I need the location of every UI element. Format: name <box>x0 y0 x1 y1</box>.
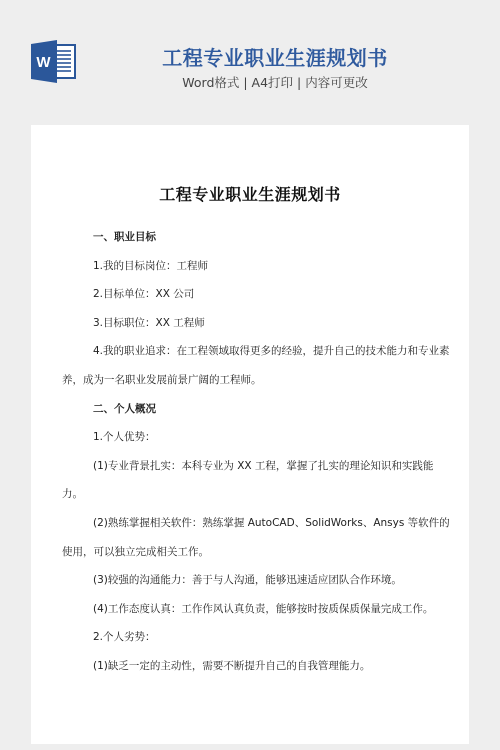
page-header: W 工程专业职业生涯规划书 Word格式 | A4打印 | 内容可更改 <box>0 0 500 125</box>
document-page: 工程专业职业生涯规划书 一、职业目标 1.我的目标岗位：工程师 2.目标单位：X… <box>31 125 469 744</box>
paragraph: (2)熟练掌握相关软件：熟练掌握 AutoCAD、SolidWorks、Ansy… <box>62 509 450 566</box>
paragraph: 1.我的目标岗位：工程师 <box>62 252 450 281</box>
paragraph: 4.我的职业追求：在工程领域取得更多的经验，提升自己的技术能力和专业素养，成为一… <box>62 337 450 394</box>
header-subtitle: Word格式 | A4打印 | 内容可更改 <box>160 74 390 92</box>
section-heading: 一、职业目标 <box>62 223 450 252</box>
svg-text:W: W <box>36 54 51 71</box>
section-heading: 二、个人概况 <box>62 395 450 424</box>
document-title: 工程专业职业生涯规划书 <box>31 182 469 205</box>
paragraph: (1)缺乏一定的主动性，需要不断提升自己的自我管理能力。 <box>62 652 450 681</box>
paragraph: 2.个人劣势： <box>62 623 450 652</box>
paragraph: (1)专业背景扎实：本科专业为 XX 工程，掌握了扎实的理论知识和实践能力。 <box>62 452 450 509</box>
word-document-icon: W <box>31 40 77 83</box>
paragraph: 1.个人优势： <box>62 423 450 452</box>
paragraph: (3)较强的沟通能力：善于与人沟通，能够迅速适应团队合作环境。 <box>62 566 450 595</box>
paragraph: 2.目标单位：XX 公司 <box>62 280 450 309</box>
paragraph: (4)工作态度认真：工作作风认真负责，能够按时按质保质保量完成工作。 <box>62 595 450 624</box>
header-title: 工程专业职业生涯规划书 <box>160 45 390 71</box>
paragraph: 3.目标职位：XX 工程师 <box>62 309 450 338</box>
document-body: 一、职业目标 1.我的目标岗位：工程师 2.目标单位：XX 公司 3.目标职位：… <box>62 223 450 681</box>
